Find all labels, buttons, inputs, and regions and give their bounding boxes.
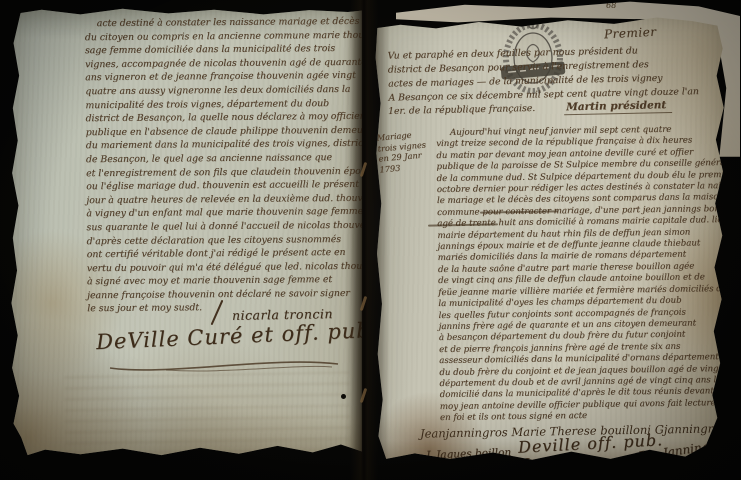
groom-signature: Jeanjanningros [420,425,508,441]
header-paragraph: Vu et paraphé en deux feuilles par nous … [387,42,730,105]
witness-signature: noel Jannings [488,455,587,471]
left-page: acte destiné à constater les naissance m… [10,6,362,470]
ink-spot [341,394,346,399]
manuscript-photo: 68 acte destiné à constater les naissanc… [0,0,741,480]
left-page-paragraph: acte destiné à constater les naissance m… [85,15,362,316]
right-page: Premier Vu et paraphé en deux feuilles p… [372,12,728,468]
signature-flourish [610,464,722,480]
margin-note: Mariagetrois vignesen 29 Janr1793 [376,127,439,174]
witness-signature: Gjanningros [655,421,726,436]
official-signature: DeVille Curé et off. pub. [96,318,379,354]
witness-signature: J. Jaques boillon [426,447,512,462]
binding-gutter [350,0,378,480]
header-last-line: 1er. de la république française. [388,103,535,117]
page-number: 68 [606,1,616,10]
president-signature: Martin président [564,99,672,115]
show-through-text [64,372,350,455]
recto-heading: Premier [604,25,657,42]
act-paragraph: Aujourd'hui vingt neuf janvier mil sept … [436,124,734,425]
